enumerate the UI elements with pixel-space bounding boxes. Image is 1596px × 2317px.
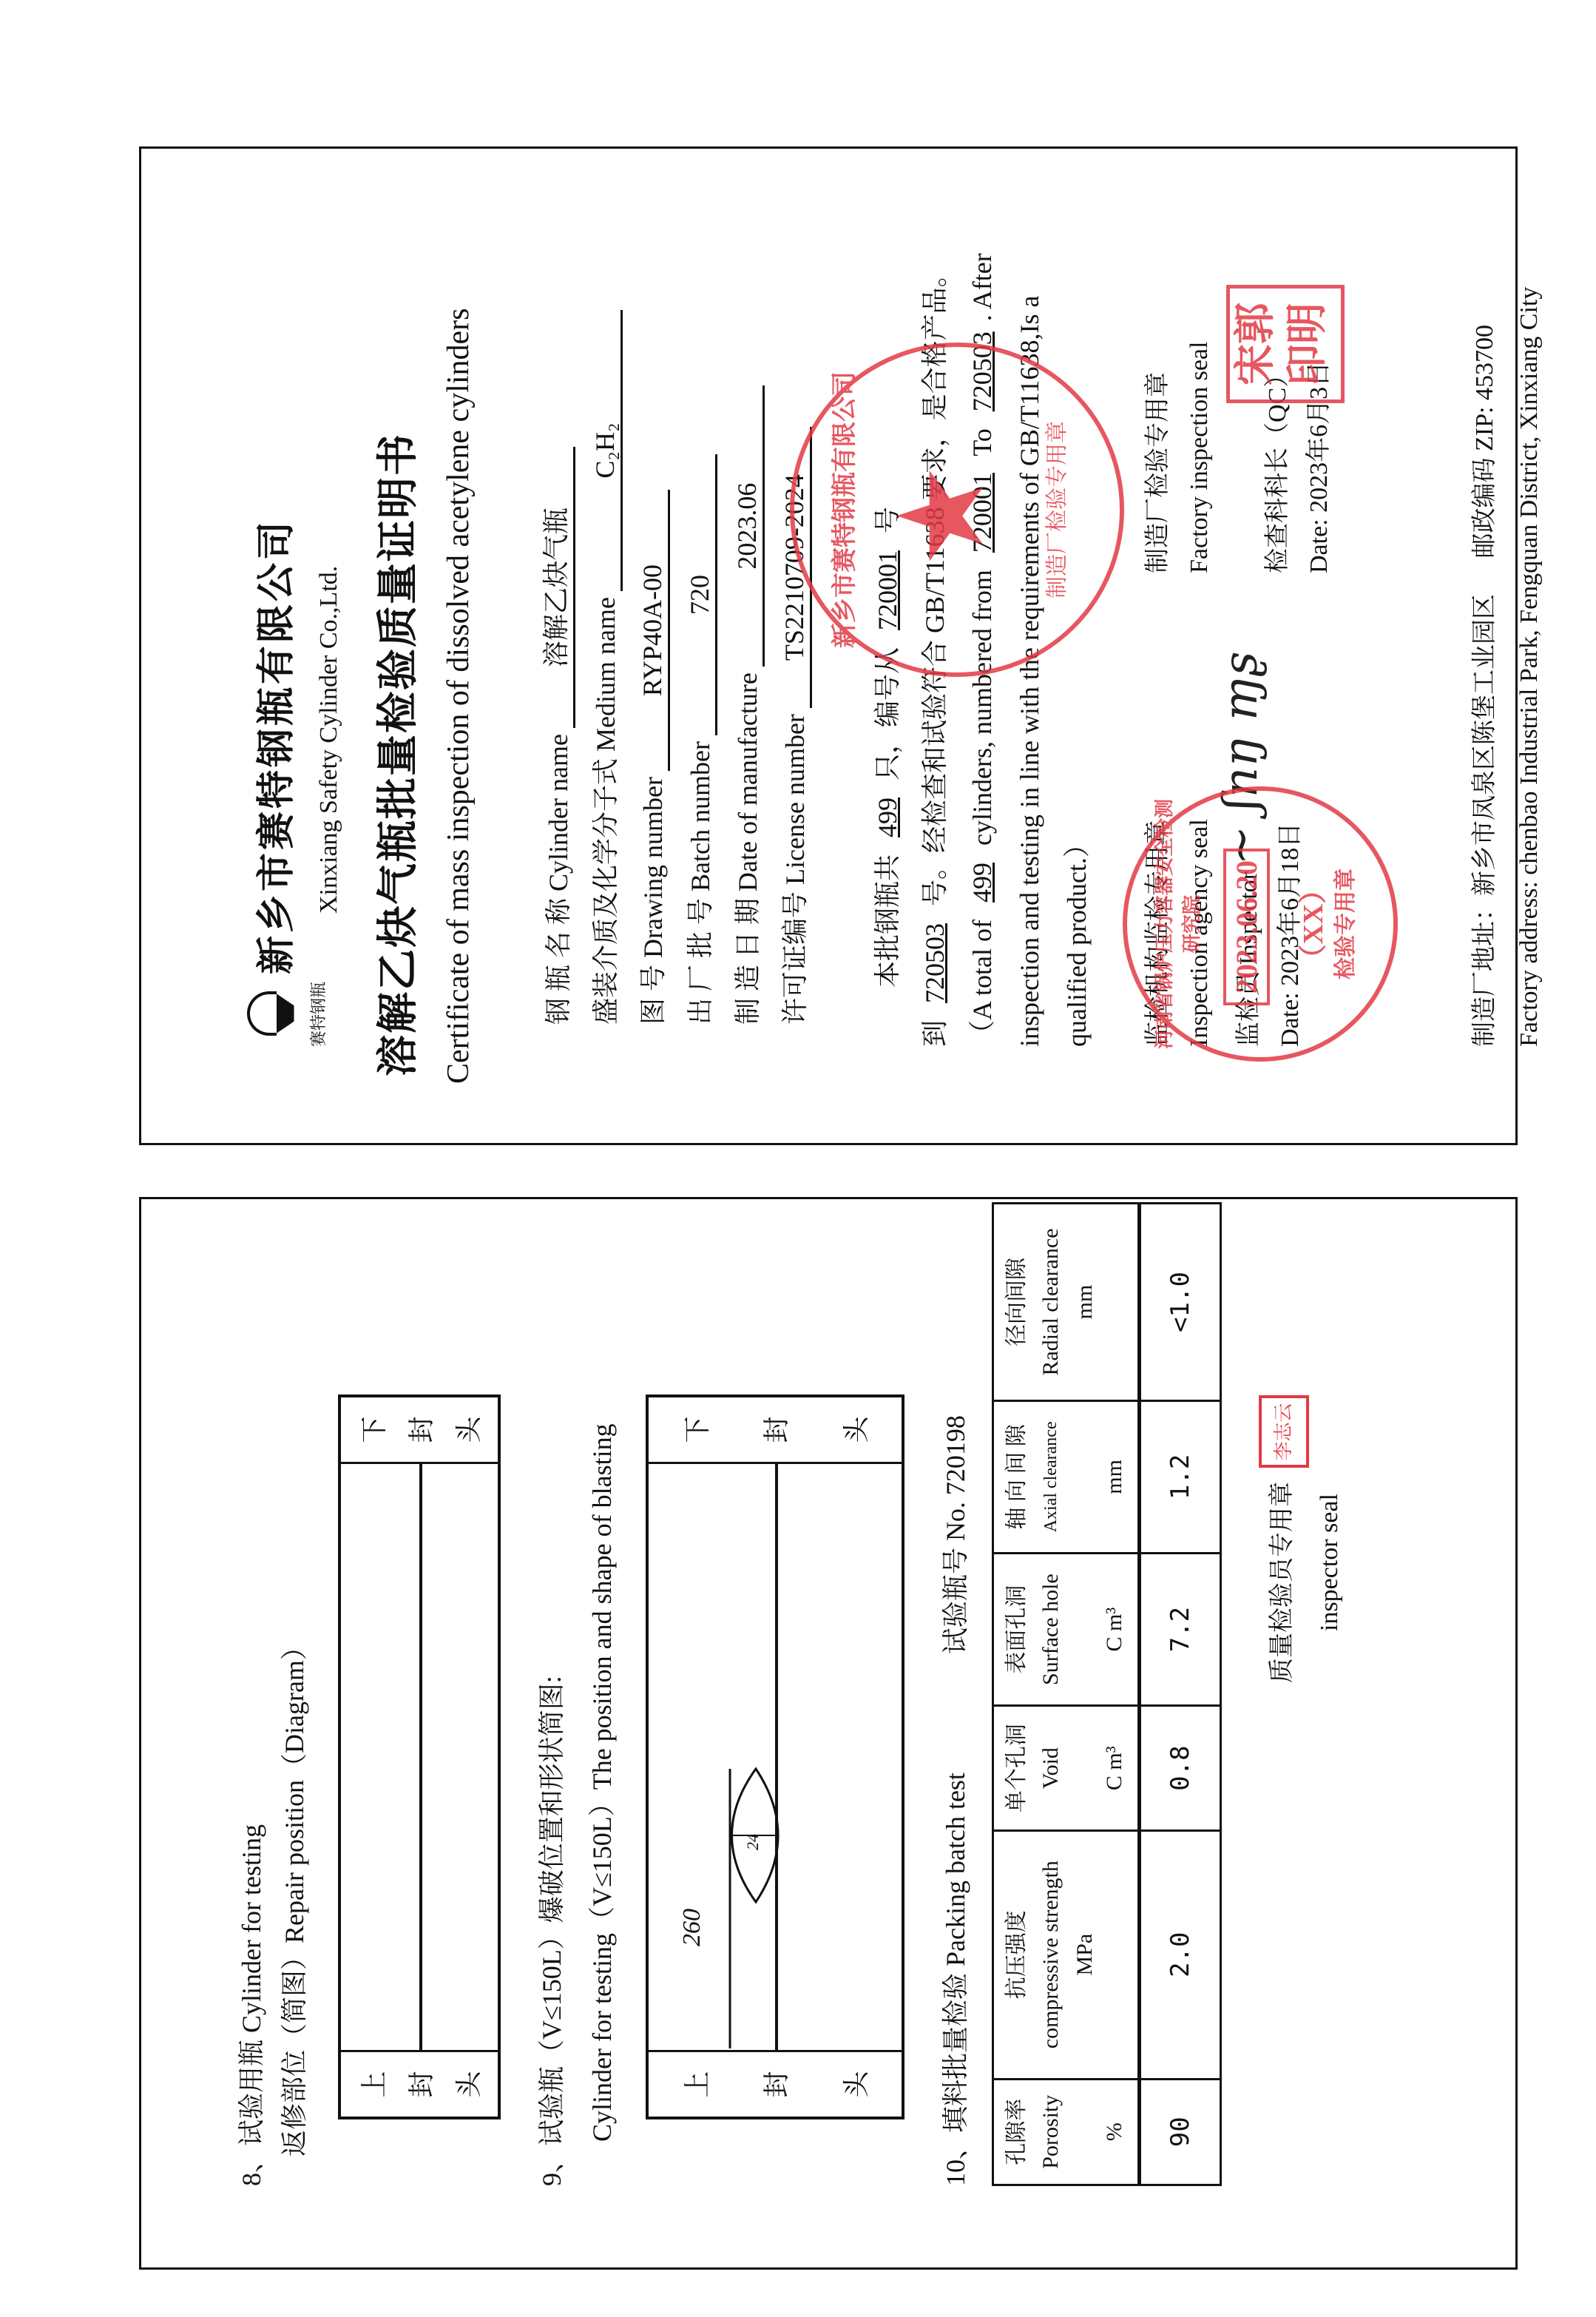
table-row: 90 2.0 0.8 7.2 1.2 <1.0 <box>1140 1204 1221 2185</box>
table-header-cell: 径向间隙Radial clearancemm <box>993 1204 1140 1401</box>
porosity-value: 90 <box>1140 2079 1221 2185</box>
section-9-subtitle: Cylinder for testing（V≤150L）The position… <box>581 1251 623 2142</box>
repair-diagram: 上封头 下封头 <box>338 1394 501 2119</box>
certificate-panel: 赛特钢瓶 新乡市赛特钢瓶有限公司 Xinxiang Safety Cylinde… <box>139 146 1518 1145</box>
field-label: 许可证编号 License number <box>774 714 812 1025</box>
field-value: C₂H₂ <box>589 310 623 591</box>
signature-area: 监检机构监检专用章 Inspection agency seal 监检员 Ins… <box>1137 200 1455 1091</box>
diagram-centerline <box>419 1464 422 2050</box>
agency-stamp-code: （XX） <box>1290 791 1330 1057</box>
agency-stamp-text: 河南省锅炉压力容器安全检测研究院 <box>1149 791 1204 1057</box>
company-header: 赛特钢瓶 新乡市赛特钢瓶有限公司 <box>245 200 300 1039</box>
statement-text: 本批钢瓶共 <box>873 854 902 988</box>
test-bottle-number: 720198 <box>941 1415 970 1495</box>
certificate-title-en: Certificate of mass inspection of dissol… <box>441 200 476 1084</box>
radial-clearance-value: <1.0 <box>1140 1204 1221 1401</box>
section-9-title: 9、试验瓶（V≤150L）爆破位置和形状简图: <box>530 1251 573 2186</box>
burst-width: 24 <box>743 1834 763 1850</box>
company-name-en: Xinxiang Safety Cylinder Co.,Ltd. <box>315 200 343 914</box>
field-label: 图 号 Drawing number <box>632 777 670 1025</box>
section-8: 8、试验用瓶 Cylinder for testing 返修部位（简图）Repa… <box>230 1251 316 2186</box>
section-10-title: 10、填料批量检验 Packing batch test <box>934 1773 977 2186</box>
table-header-cell: 单个孔洞VoidC m³ <box>993 1706 1140 1830</box>
upper-head: 上封头 <box>341 2050 498 2117</box>
field-label: 钢 瓶 名 称 Cylinder name <box>538 734 575 1025</box>
burst-length: 260 <box>678 1909 706 1946</box>
field-value: RYP40A-00 <box>637 490 670 771</box>
factory-stamp-text: 新乡市赛特钢瓶有限公司 <box>824 347 860 672</box>
field-license-number: 许可证编号 License number TS2210709-2024 <box>765 200 812 1025</box>
field-label: 制 造 日 期 Date of manufacture <box>727 672 765 1025</box>
section-9: 9、试验瓶（V≤150L）爆破位置和形状简图: Cylinder for tes… <box>530 1251 623 2186</box>
cylinder-count: 499 <box>967 852 997 913</box>
qc-date-label: Date: <box>1305 519 1333 573</box>
compressive-strength-value: 2.0 <box>1140 1830 1221 2079</box>
inspector-seal-block: 质量检验员专用章 李志云 inspector seal <box>1259 1251 1350 1683</box>
agency-stamp-date: 2023.06.20 <box>1223 849 1270 1005</box>
cylinder-count: 499 <box>873 787 902 848</box>
factory-stamp: ★ 新乡市赛特钢瓶有限公司 制造厂检验专用章 <box>790 343 1124 677</box>
field-value: 2023.06 <box>731 385 765 667</box>
inspector-seal-label-cn: 质量检验员专用章 <box>1268 1482 1296 1683</box>
burst-shape-icon <box>649 1392 907 2117</box>
factory-seal-label-cn: 制造厂检验专用章 <box>1137 342 1179 573</box>
field-drawing-number: 图 号 Drawing number RYP40A-00 <box>623 200 670 1025</box>
table-header-row: 孔隙率Porosity% 抗压强度compressive strengthMPa… <box>993 1204 1140 2185</box>
serial-to: 720503 <box>920 913 950 1014</box>
section-8-title: 8、试验用瓶 Cylinder for testing <box>230 1251 273 2186</box>
table-header-cell: 表面孔洞Surface holeC m³ <box>993 1553 1140 1706</box>
packing-test-table: 孔隙率Porosity% 抗压强度compressive strengthMPa… <box>992 1202 1222 2186</box>
statement-text: 到 <box>920 1020 950 1047</box>
lower-head: 下封头 <box>341 1397 498 1464</box>
logo-caption: 赛特钢瓶 <box>306 982 329 1047</box>
field-label: 盛装介质及化学分子式 Medium name <box>585 597 623 1025</box>
field-value: 720 <box>684 454 717 735</box>
agency-stamp-chop: 检验专用章 <box>1327 791 1359 1057</box>
field-value: 溶解乙炔气瓶 <box>535 447 575 728</box>
qc-chop-stamp: 宋郭印明 <box>1226 285 1345 403</box>
company-logo-icon: 赛特钢瓶 <box>247 988 299 1039</box>
star-icon: ★ <box>883 463 1001 569</box>
section-10-header: 10、填料批量检验 Packing batch test 试验瓶号 No. 72… <box>934 1251 977 2186</box>
certificate-fields: 钢 瓶 名 称 Cylinder name 溶解乙炔气瓶 盛装介质及化学分子式 … <box>528 200 812 1025</box>
field-date-of-manufacture: 制 造 日 期 Date of manufacture 2023.06 <box>717 200 765 1025</box>
zip-label: 邮政编码 ZIP: <box>1471 407 1498 559</box>
axial-clearance-value: 1.2 <box>1140 1401 1221 1554</box>
inspector-seal-label-en: inspector seal <box>1309 1251 1350 1631</box>
factory-seal-label-en: Factory inspection seal <box>1179 342 1220 573</box>
table-header-cell: 轴 向 间 隙Axial clearancemm <box>993 1401 1140 1554</box>
burst-diagram: 上封头 下封头 260 24 <box>646 1394 904 2119</box>
address-en: Factory address: chenbao Industrial Park… <box>1507 200 1552 1047</box>
test-bottle-label: 试验瓶号 No. <box>941 1502 970 1654</box>
field-label: 出 厂 批 号 Batch number <box>680 741 717 1025</box>
void-value: 0.8 <box>1140 1706 1221 1830</box>
factory-address: 制造厂地址：新乡市凤泉区陈堡工业园区 邮政编码 ZIP: 453700 Fact… <box>1463 200 1552 1047</box>
agency-stamp: 河南省锅炉压力容器安全检测研究院 2023.06.20 （XX） 检验专用章 <box>1123 786 1398 1062</box>
field-cylinder-name: 钢 瓶 名 称 Cylinder name 溶解乙炔气瓶 <box>528 200 575 1025</box>
company-name-cn: 新乡市赛特钢瓶有限公司 <box>245 519 300 974</box>
zip-code: 453700 <box>1471 325 1498 400</box>
surface-hole-value: 7.2 <box>1140 1553 1221 1706</box>
factory-stamp-chop: 制造厂检验专用章 <box>1038 347 1071 672</box>
address-cn: 制造厂地址：新乡市凤泉区陈堡工业园区 <box>1471 594 1498 1047</box>
field-medium-name: 盛装介质及化学分子式 Medium name C₂H₂ <box>575 200 623 1025</box>
section-8-subtitle: 返修部位（简图）Repair position（Diagram） <box>273 1251 316 2156</box>
field-batch-number: 出 厂 批 号 Batch number 720 <box>670 200 717 1025</box>
tests-panel: 8、试验用瓶 Cylinder for testing 返修部位（简图）Repa… <box>139 1197 1518 2270</box>
statement-text: 只，编号从 <box>873 647 902 780</box>
statement-text: （A total of <box>967 920 997 1047</box>
inspector-chop-stamp: 李志云 <box>1259 1395 1309 1468</box>
table-header-cell: 孔隙率Porosity% <box>993 2079 1140 2185</box>
certificate-title-cn: 溶解乙炔气瓶批量检验质量证明书 <box>365 200 425 1076</box>
table-header-cell: 抗压强度compressive strengthMPa <box>993 1830 1140 2079</box>
